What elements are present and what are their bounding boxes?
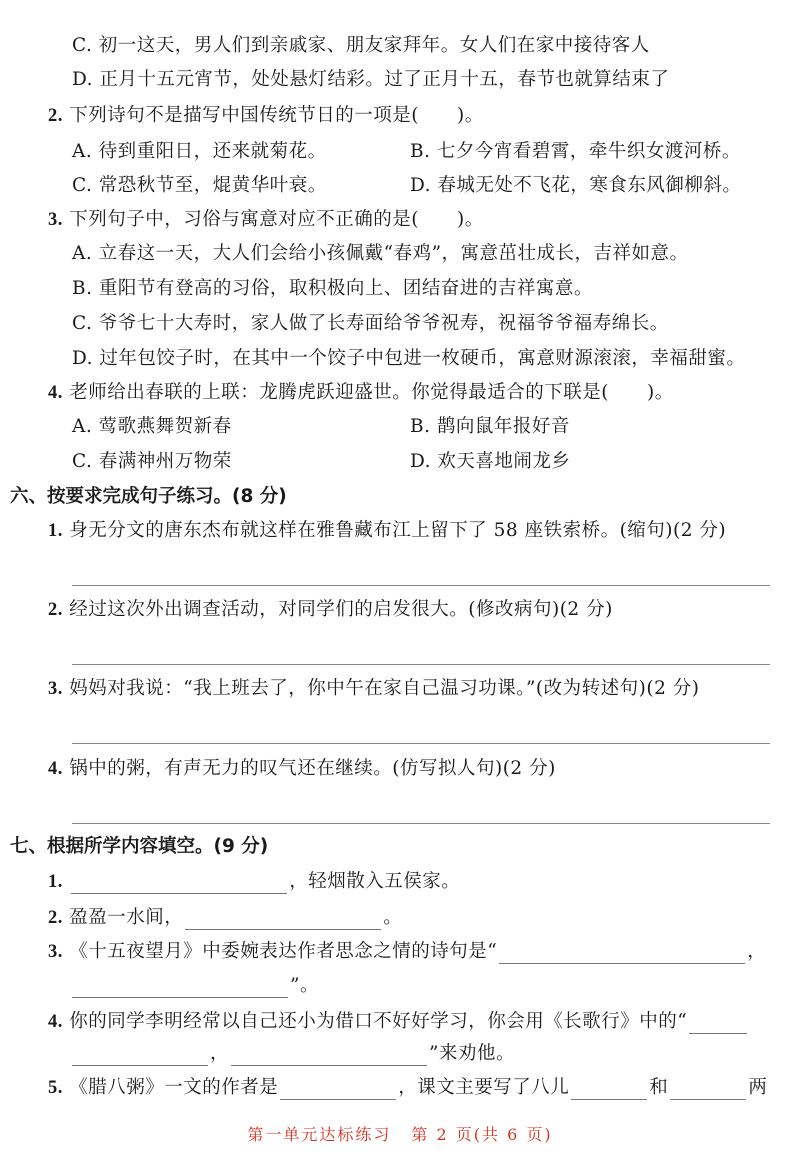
s7-q5-mid1: ，课文主要写了八儿 — [398, 1077, 569, 1098]
q1-option-c: C. 初一这天，男人们到亲戚家、朋友家拜年。女人们在家中接待客人 — [72, 34, 650, 58]
s7-q3-row-2: ”。 — [72, 974, 319, 998]
s7-q5-row: 5. 《腊八粥》一文的作者是，课文主要写了八儿和两 — [48, 1076, 767, 1100]
q3-option-c: C. 爷爷七十大寿时，家人做了长寿面给爷爷祝寿，祝福爷爷福寿绵长。 — [72, 312, 669, 336]
s7-q5-blank-2[interactable] — [571, 1077, 647, 1100]
s7-q3-mid: ， — [747, 941, 766, 962]
s6-q4-text: 锅中的粥，有声无力的叹气还在继续。(仿写拟人句)(2 分) — [69, 758, 556, 779]
s6-q3-text: 妈妈对我说：“我上班去了，你中午在家自己温习功课。”(改为转述句)(2 分) — [69, 678, 699, 699]
q3-stem: 下列句子中，习俗与寓意对应不正确的是( )。 — [69, 209, 483, 230]
s7-q2-after: 。 — [383, 907, 402, 928]
q3-option-a: A. 立春这一天，大人们会给小孩佩戴“春鸡”，寓意茁壮成长，吉祥如意。 — [72, 242, 689, 266]
s7-q4-blank-2[interactable] — [231, 1043, 427, 1066]
s7-q1-row: 1. ，轻烟散入五侯家。 — [48, 870, 460, 894]
section7-title: 七、根据所学内容填空。(9 分) — [10, 835, 268, 859]
s7-q4-row: 4. 你的同学李明经常以自己还小为借口不好好学习，你会用《长歌行》中的“ — [48, 1010, 749, 1034]
s6-q2-answer-line[interactable] — [72, 664, 770, 665]
s6-q3-row: 3. 妈妈对我说：“我上班去了，你中午在家自己温习功课。”(改为转述句)(2 分… — [48, 677, 699, 701]
s7-q2-blank[interactable] — [185, 907, 381, 930]
s7-q4-mid: ， — [210, 1043, 229, 1064]
footer-page-number: 第 2 页(共 6 页) — [411, 1125, 552, 1144]
s6-q1-number: 1. — [48, 521, 63, 541]
q3-option-b: B. 重阳节有登高的习俗，取积极向上、团结奋进的吉祥寓意。 — [72, 277, 593, 301]
s7-q4-row-2: ，”来劝他。 — [72, 1042, 515, 1066]
footer-unit: 第一单元达标练习 — [247, 1125, 391, 1144]
s6-q4-answer-line[interactable] — [72, 823, 770, 824]
s7-q4-blank-1a[interactable] — [689, 1011, 747, 1034]
s6-q2-number: 2. — [48, 600, 63, 620]
q2-option-b: B. 七夕今宵看碧霄，牵牛织女渡河桥。 — [410, 140, 741, 164]
q2-stem-row: 2. 下列诗句不是描写中国传统节日的一项是( )。 — [48, 104, 484, 128]
s7-q2-before: 盈盈一水间， — [69, 907, 183, 928]
q2-option-d: D. 春城无处不飞花，寒食东风御柳斜。 — [410, 174, 741, 198]
s7-q3-blank-1[interactable] — [499, 941, 745, 964]
s7-q3-number: 3. — [48, 942, 63, 962]
page-footer: 第一单元达标练习第 2 页(共 6 页) — [0, 1122, 800, 1145]
s7-q1-blank[interactable] — [71, 871, 287, 894]
s7-q4-number: 4. — [48, 1012, 63, 1032]
s6-q1-answer-line[interactable] — [72, 585, 770, 586]
s7-q4-blank-1b[interactable] — [72, 1043, 208, 1066]
q3-option-d: D. 过年包饺子时，在其中一个饺子中包进一枚硬币，寓意财源滚滚，幸福甜蜜。 — [72, 347, 745, 371]
s7-q4-before: 你的同学李明经常以自己还小为借口不好好学习，你会用《长歌行》中的“ — [69, 1011, 687, 1032]
q4-option-a: A. 莺歌燕舞贺新春 — [72, 415, 232, 439]
s7-q5-after: 两 — [748, 1077, 767, 1098]
s7-q1-after: ，轻烟散入五侯家。 — [289, 871, 460, 892]
q3-number: 3. — [48, 210, 63, 230]
q4-number: 4. — [48, 383, 63, 403]
s6-q3-number: 3. — [48, 679, 63, 699]
q2-stem: 下列诗句不是描写中国传统节日的一项是( )。 — [69, 105, 483, 126]
q1-option-d: D. 正月十五元宵节，处处悬灯结彩。过了正月十五，春节也就算结束了 — [72, 68, 669, 92]
q4-option-d: D. 欢天喜地闹龙乡 — [410, 450, 570, 474]
q4-option-b: B. 鹊向鼠年报好音 — [410, 415, 570, 439]
s6-q2-text: 经过这次外出调查活动，对同学们的启发很大。(修改病句)(2 分) — [69, 599, 613, 620]
s6-q4-row: 4. 锅中的粥，有声无力的叹气还在继续。(仿写拟人句)(2 分) — [48, 757, 556, 781]
q2-number: 2. — [48, 106, 63, 126]
q4-stem-row: 4. 老师给出春联的上联：龙腾虎跃迎盛世。你觉得最适合的下联是( )。 — [48, 381, 674, 405]
s7-q2-number: 2. — [48, 908, 63, 928]
s7-q5-before: 《腊八粥》一文的作者是 — [69, 1077, 278, 1098]
s6-q2-row: 2. 经过这次外出调查活动，对同学们的启发很大。(修改病句)(2 分) — [48, 598, 613, 622]
s6-q4-number: 4. — [48, 759, 63, 779]
s7-q3-after: ”。 — [290, 975, 319, 996]
s7-q4-after: ”来劝他。 — [429, 1043, 515, 1064]
s7-q5-number: 5. — [48, 1078, 63, 1098]
s7-q3-before: 《十五夜望月》中委婉表达作者思念之情的诗句是“ — [69, 941, 497, 962]
s7-q2-row: 2. 盈盈一水间，。 — [48, 906, 402, 930]
s7-q3-row: 3. 《十五夜望月》中委婉表达作者思念之情的诗句是“， — [48, 940, 766, 964]
s6-q1-row: 1. 身无分文的唐东杰布就这样在雅鲁藏布江上留下了 58 座铁索桥。(缩句)(2… — [48, 519, 726, 543]
s7-q5-blank-author[interactable] — [280, 1077, 396, 1100]
s6-q1-text: 身无分文的唐东杰布就这样在雅鲁藏布江上留下了 58 座铁索桥。(缩句)(2 分) — [69, 520, 726, 541]
section6-title: 六、按要求完成句子练习。(8 分) — [10, 485, 287, 509]
q2-option-c: C. 常恐秋节至，焜黄华叶衰。 — [72, 174, 327, 198]
q2-option-a: A. 待到重阳日，还来就菊花。 — [72, 140, 327, 164]
q3-stem-row: 3. 下列句子中，习俗与寓意对应不正确的是( )。 — [48, 208, 484, 232]
q4-option-c: C. 春满神州万物荣 — [72, 450, 232, 474]
s7-q5-blank-3[interactable] — [670, 1077, 746, 1100]
q4-stem: 老师给出春联的上联：龙腾虎跃迎盛世。你觉得最适合的下联是( )。 — [69, 382, 673, 403]
s7-q1-number: 1. — [48, 872, 63, 892]
s6-q3-answer-line[interactable] — [72, 743, 770, 744]
s7-q3-blank-2[interactable] — [72, 975, 288, 998]
s7-q5-mid2: 和 — [649, 1077, 668, 1098]
